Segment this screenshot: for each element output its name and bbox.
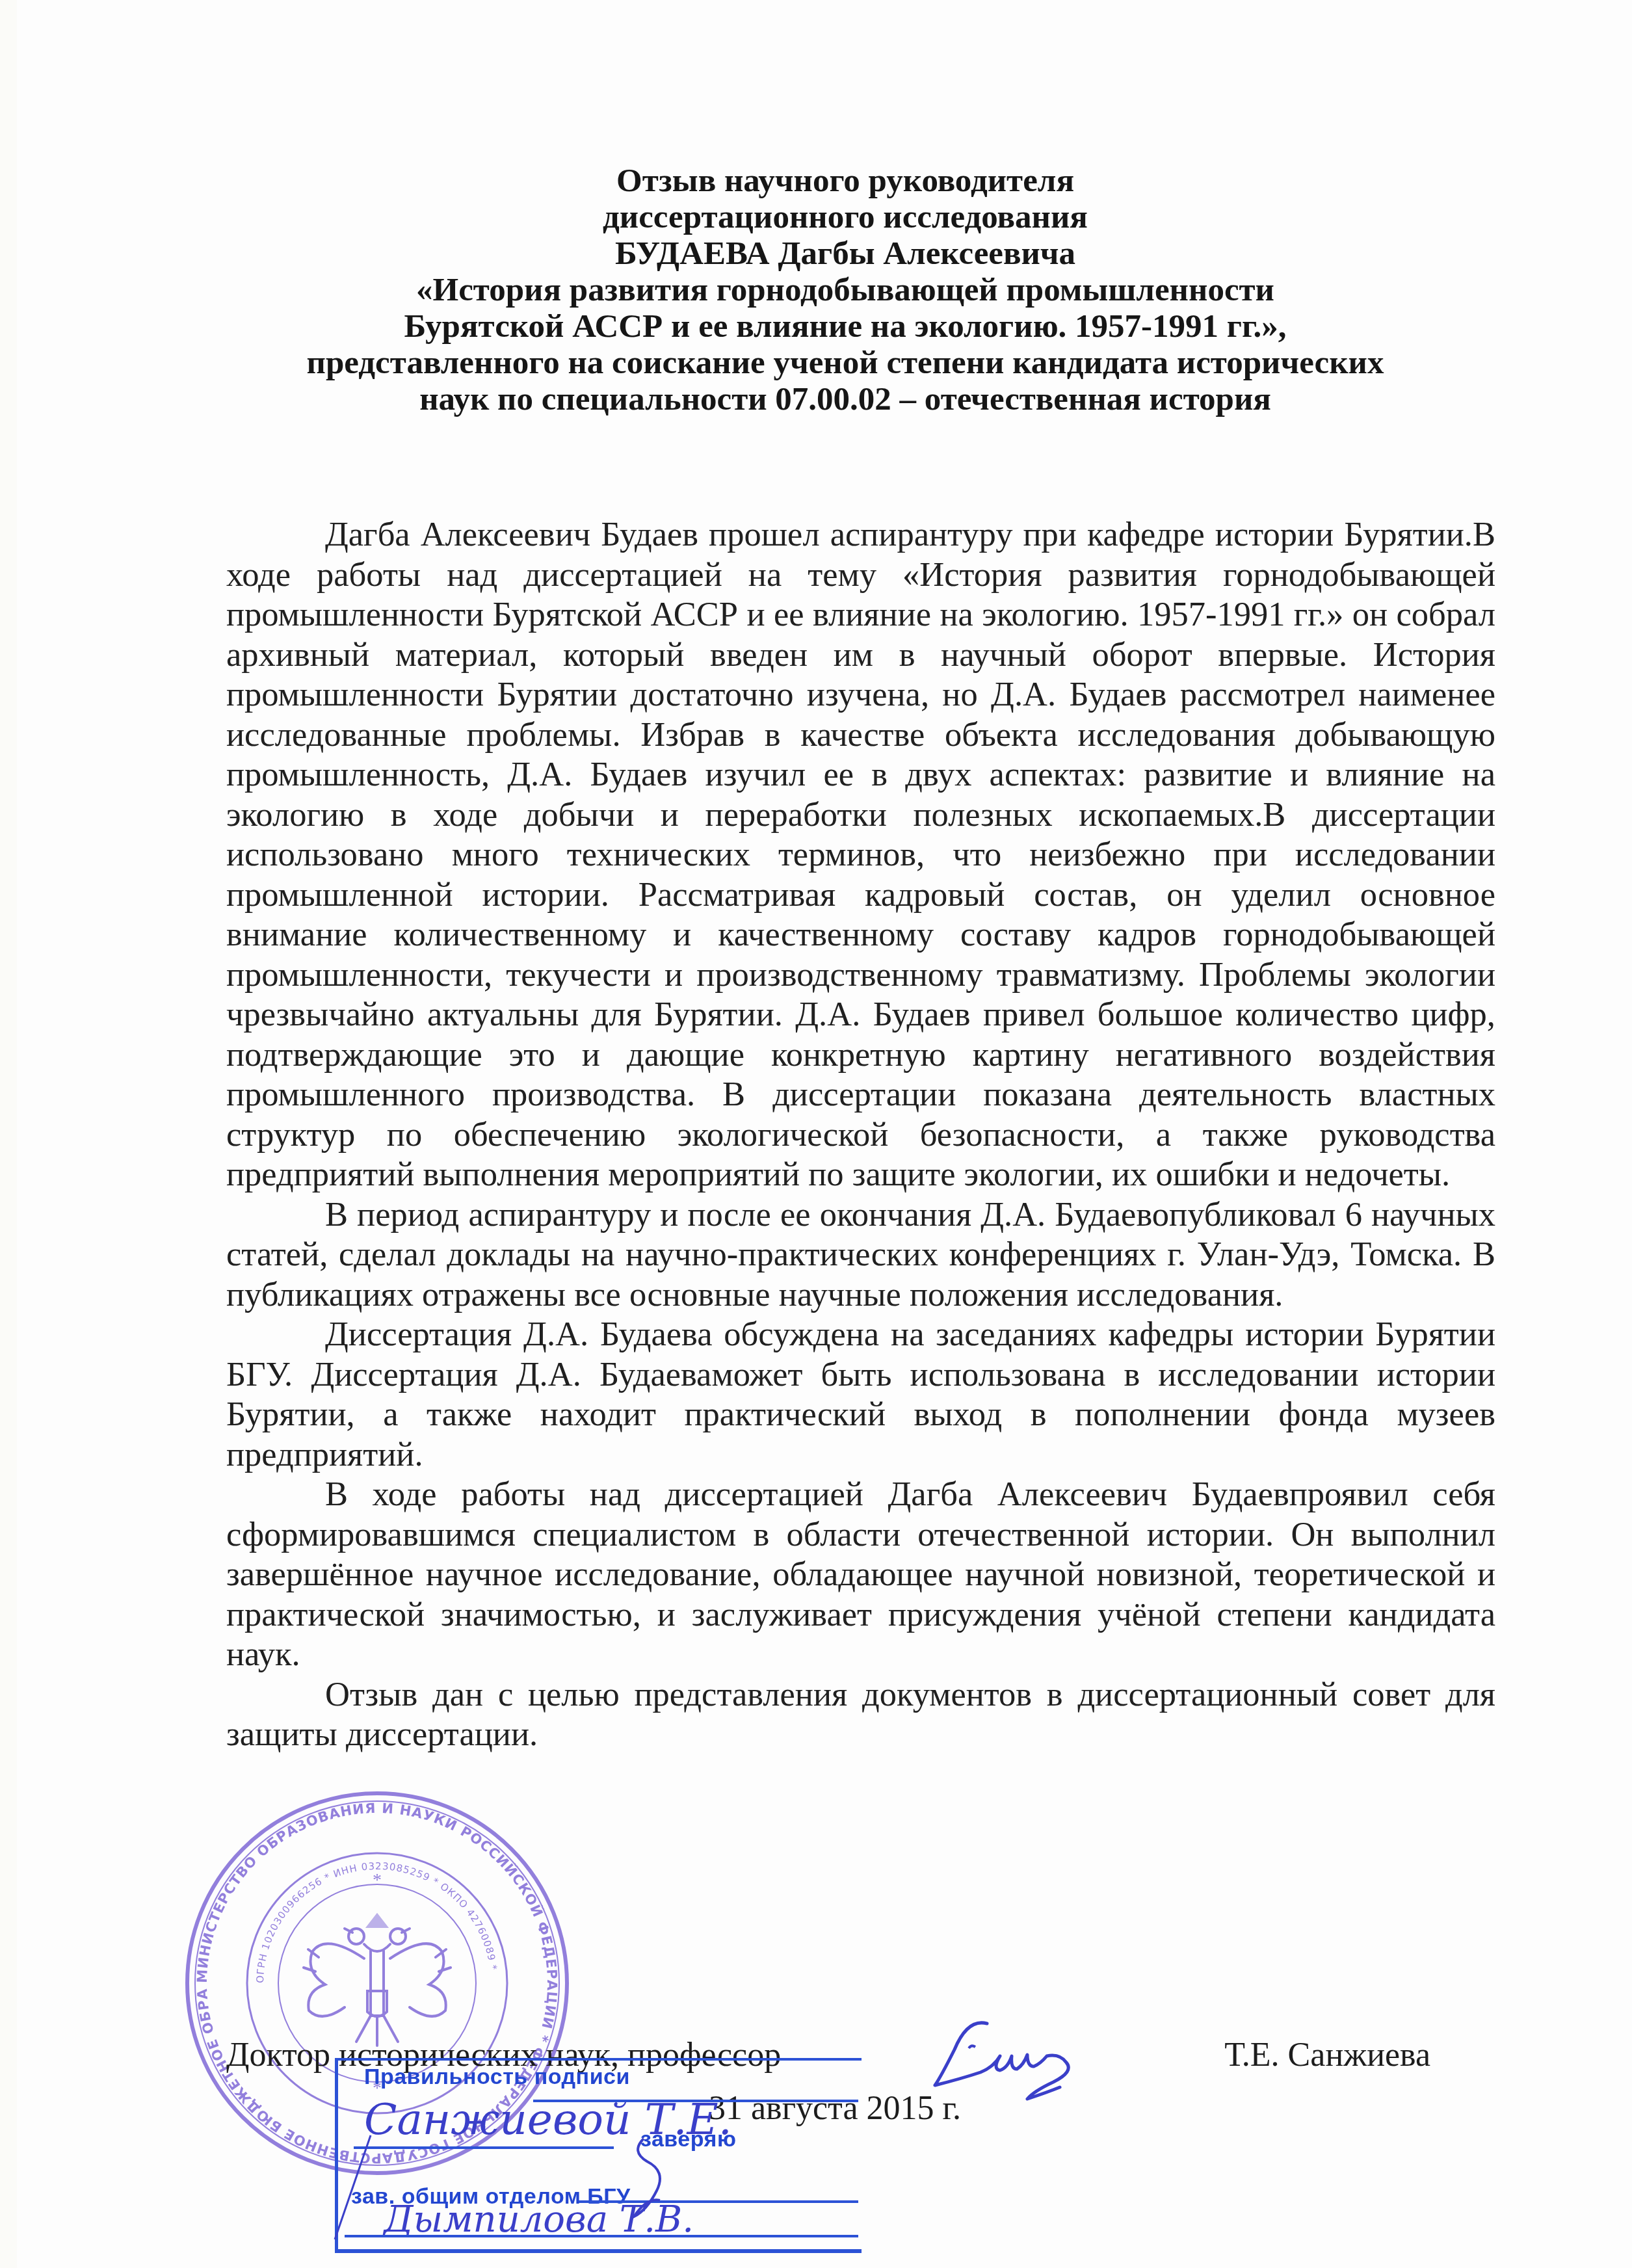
stamp-line <box>354 2146 614 2149</box>
title-line: представленного на соискание ученой степ… <box>195 345 1495 381</box>
seal-inner-text: ОГРН 1020300966256 * ИНН 0323085259 * ОК… <box>254 1860 499 1983</box>
certification-stamp: Правильность подписи Санжиевой Т.Е. заве… <box>335 2058 862 2253</box>
paragraph: Отзыв дан с целью представления документ… <box>226 1675 1495 1755</box>
eagle-emblem-icon <box>304 1915 451 2046</box>
title-line: диссертационного исследования <box>195 199 1495 235</box>
svg-text:*: * <box>373 1870 382 1890</box>
title-line: Отзыв научного руководителя <box>195 163 1495 199</box>
paragraph: В период аспирантуру и после ее окончани… <box>226 1195 1495 1315</box>
title-line: Бурятской АССР и ее влияние на экологию.… <box>195 308 1495 345</box>
paragraph: В ходе работы над диссертацией Дагба Але… <box>226 1475 1495 1675</box>
document-body: Дагба Алексеевич Будаев прошел аспиранту… <box>226 515 1495 1755</box>
pen-stroke-icon <box>332 2132 384 2243</box>
svg-text:ОГРН 1020300966256 * ИНН 03230: ОГРН 1020300966256 * ИНН 0323085259 * ОК… <box>254 1860 499 1983</box>
signer-name: Т.Е. Санжиева <box>1224 2035 1430 2076</box>
paragraph: Диссертация Д.А. Будаева обсуждена на за… <box>226 1315 1495 1475</box>
title-line: «История развития горнодобывающей промыш… <box>195 272 1495 308</box>
title-line: БУДАЕВА Дагбы Алексеевича <box>195 235 1495 272</box>
document-title: Отзыв научного руководителя диссертацион… <box>195 163 1495 417</box>
scan-edge <box>0 0 17 2268</box>
title-line: наук по специальности 07.00.02 – отечест… <box>195 381 1495 417</box>
stamp-line <box>345 2235 858 2237</box>
initial-flourish-icon <box>624 2135 676 2220</box>
paragraph: Дагба Алексеевич Будаев прошел аспиранту… <box>226 515 1495 1195</box>
stamp-header: Правильность подписи <box>364 2064 630 2090</box>
